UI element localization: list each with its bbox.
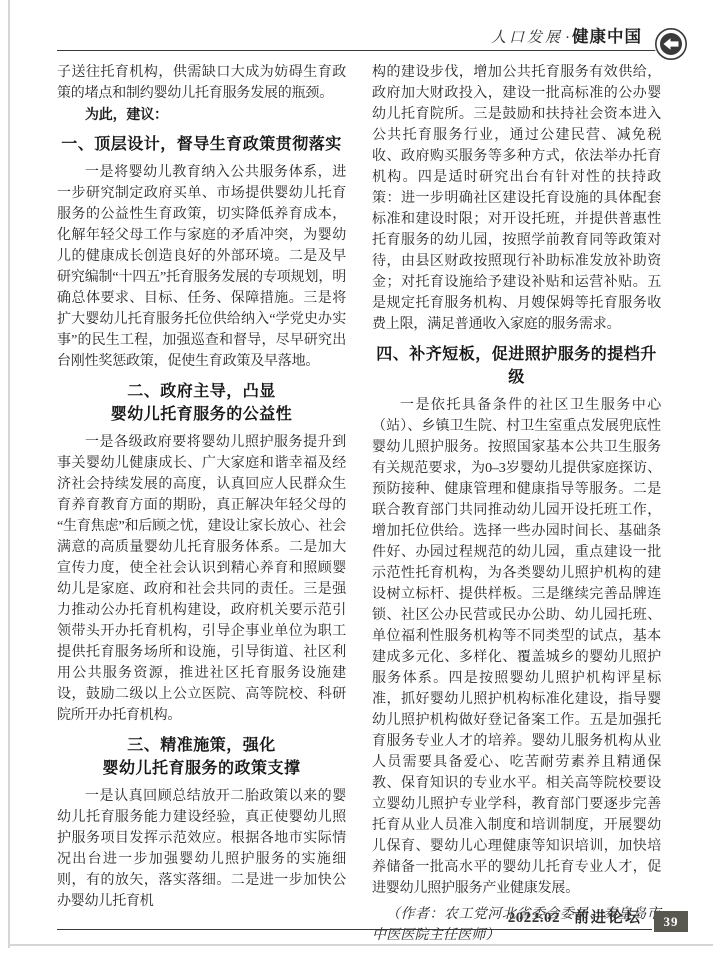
header-separator: ·: [563, 30, 572, 46]
header-category: 人口发展: [491, 30, 563, 46]
journal-logo-icon: [654, 27, 688, 61]
footer-rule: [57, 929, 652, 930]
footer-issue: 2022.02: [508, 910, 560, 926]
page-footer: 2022.02前进论坛 39: [57, 903, 688, 933]
header-section-title: 人口发展·健康中国: [491, 26, 642, 49]
paragraph: 子送往托育机构，供需缺口大成为妨碍生育政策的堵点和制约婴幼儿托育服务发展的瓶颈。: [57, 62, 346, 104]
page-header: 人口发展·健康中国: [57, 0, 688, 62]
page-number-badge: 39: [654, 911, 688, 932]
header-theme: 健康中国: [572, 28, 642, 46]
scan-edge-left: [8, 0, 10, 948]
left-column: 子送往托育机构，供需缺口大成为妨碍生育政策的堵点和制约婴幼儿托育服务发展的瓶颈。…: [57, 62, 346, 946]
section-heading: 一、顶层设计，督导生育政策贯彻落实: [57, 133, 346, 156]
paragraph: 为此，建议：: [57, 104, 346, 125]
paragraph: 一是各级政府要将婴幼儿照护服务提升到事关婴幼儿健康成长、广大家庭和谐幸福及经济社…: [57, 432, 346, 726]
paragraph: 一是依托具备条件的社区卫生服务中心（站）、乡镇卫生院、村卫生室重点发展兜底性婴幼…: [372, 395, 661, 899]
right-column: 构的建设步伐，增加公共托育服务有效供给，政府加大财政投入，建设一批高标准的公办婴…: [372, 62, 661, 946]
header-rule: [57, 50, 686, 51]
magazine-page: 人口发展·健康中国 子送往托育机构，供需缺口大成为妨碍生育政策的堵点和制约婴幼儿…: [0, 0, 713, 955]
article-body: 子送往托育机构，供需缺口大成为妨碍生育政策的堵点和制约婴幼儿托育服务发展的瓶颈。…: [57, 62, 661, 946]
paragraph: 一是将婴幼儿教育纳入公共服务体系，进一步研究制定政府买单、市场提供婴幼儿托育服务…: [57, 162, 346, 372]
section-heading: 四、补齐短板，促进照护服务的提档升级: [372, 343, 661, 389]
section-heading: 二、政府主导，凸显婴幼儿托育服务的公益性: [57, 380, 346, 426]
footer-text: 2022.02前进论坛: [508, 906, 642, 927]
footer-journal-name: 前进论坛: [574, 909, 642, 926]
section-heading: 三、精准施策，强化婴幼儿托育服务的政策支撑: [57, 734, 346, 780]
paragraph: 构的建设步伐，增加公共托育服务有效供给，政府加大财政投入，建设一批高标准的公办婴…: [372, 62, 661, 335]
paragraph: 一是认真回顾总结放开二胎政策以来的婴幼儿托育服务能力建设经验，真正使婴幼儿照护服…: [57, 786, 346, 912]
